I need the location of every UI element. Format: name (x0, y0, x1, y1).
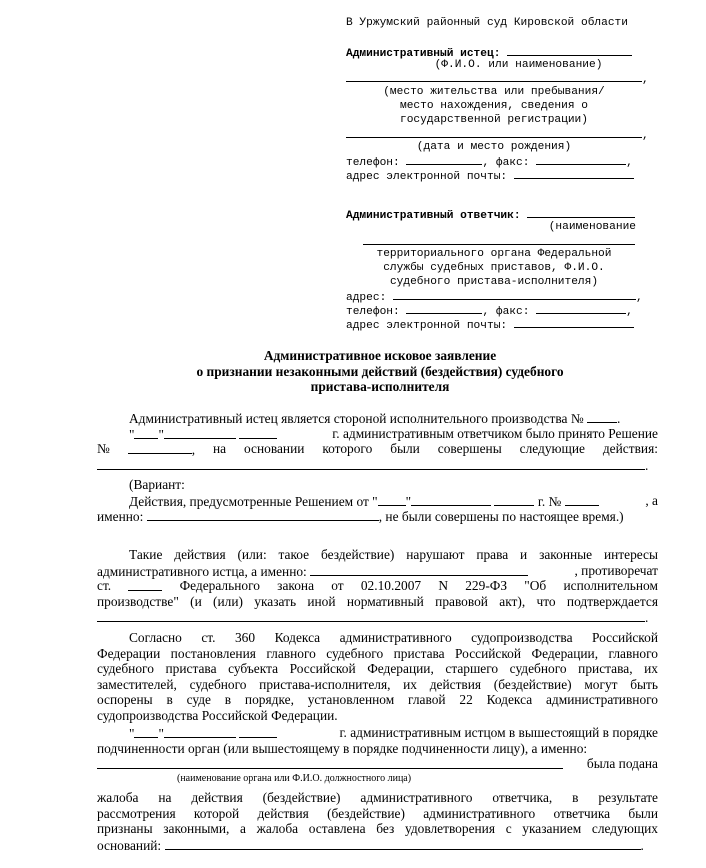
p4-line-2: подчиненности орган (или вышестоящему в … (97, 741, 658, 757)
defendant-name-field[interactable] (527, 206, 635, 218)
p3-line: Согласно ст. 360 Кодекса административно… (97, 630, 658, 646)
email-label: адрес электронной почты: (346, 171, 507, 183)
p1-line-3: № , на основании которого были совершены… (97, 441, 658, 457)
variant-number-field[interactable] (565, 493, 599, 506)
authority-hint: (наименование органа или Ф.И.О. должност… (97, 773, 658, 785)
defendant-email-label: адрес электронной почты: (346, 320, 507, 332)
word: следующие (520, 441, 585, 457)
enforcement-number-field[interactable] (587, 410, 617, 423)
word: 02.10.2007 (361, 578, 421, 594)
paragraph-violation: Такие действия (или: такое бездействие) … (97, 547, 658, 625)
decision-number-group: , (128, 441, 195, 457)
variant-line-2: Действия, предусмотренные Решением от ""… (97, 493, 658, 509)
p4-line-3: была подана (97, 756, 658, 772)
variant-month-field[interactable] (411, 493, 491, 506)
word: действия: (603, 441, 658, 457)
word: N (438, 578, 448, 594)
comma: , (192, 442, 195, 457)
defendant-org-field[interactable] (363, 244, 635, 245)
grounds-field[interactable] (165, 837, 641, 850)
word: Федерального (180, 578, 260, 594)
title-line-2: о признании незаконными действий (бездей… (100, 364, 660, 380)
title-line-1: Административное исковое заявление (100, 348, 660, 364)
p2-line-2-b: , противоречат (574, 563, 658, 579)
p4-date-group: "" (129, 725, 277, 741)
variant-year-field[interactable] (494, 493, 534, 506)
variant-line-3: именно: , не были совершены по настоящее… (97, 508, 658, 524)
word: совершены (438, 441, 502, 457)
p1-line-1: Административный истец является стороной… (97, 410, 658, 426)
p4-line-3-text: была подана (587, 756, 658, 772)
complaint-month-field[interactable] (164, 725, 236, 738)
defendant-phone-field[interactable] (406, 302, 482, 314)
p2-line-2-a: административного истца, а именно: (97, 563, 528, 579)
complaint-year-field[interactable] (239, 725, 277, 738)
variant-tail: , не были совершены по настоящее время.) (379, 509, 624, 524)
p5-line: признаны законными, а жалоба оставлена б… (97, 821, 658, 837)
p1-date-group: "" (129, 426, 277, 442)
defendant-fax-field[interactable] (536, 302, 626, 314)
paragraph-complaint-result: жалоба на действия (бездействие) админис… (97, 790, 658, 852)
plaintiff-email-field[interactable] (514, 167, 634, 179)
authority-field[interactable] (97, 756, 563, 769)
word: на (213, 441, 226, 457)
p1-line-4: . (97, 457, 658, 473)
p3-line: оспорены в суде в порядке, установленном… (97, 692, 658, 708)
residence-hint-1: (место жительства или пребывания/ (346, 85, 642, 99)
decision-month-field[interactable] (164, 426, 236, 439)
defendant-hint-3: службы судебных приставов, Ф.И.О. (346, 261, 642, 275)
article-number-field[interactable] (128, 578, 162, 591)
court-addressee: В Уржумский районный суд Кировской облас… (346, 16, 651, 30)
plaintiff-fax-field[interactable] (536, 153, 626, 165)
p1-text: Административный истец является стороной… (129, 411, 584, 426)
plaintiff-phone-field[interactable] (406, 153, 482, 165)
variant-text-a: Действия, предусмотренные Решением от ""… (129, 493, 599, 509)
p3-line: судебного пристава субъекта Российской Ф… (97, 661, 658, 677)
violated-interests-field[interactable] (310, 563, 528, 576)
p5-line: жалоба на действия (бездействие) админис… (97, 790, 658, 806)
defendant-email-row: адрес электронной почты: (346, 316, 651, 333)
actions-field[interactable] (97, 457, 645, 470)
defendant-address-field[interactable] (393, 288, 636, 300)
variant-label: Действия, предусмотренные Решением от " (129, 494, 378, 509)
defendant-email-field[interactable] (514, 316, 634, 328)
variant-number-label: г. № (538, 494, 561, 509)
decision-year-field[interactable] (239, 426, 277, 439)
residence-hint-2: место нахождения, сведения о (346, 99, 642, 113)
word: были (390, 441, 420, 457)
p2-line-1: Такие действия (или: такое бездействие) … (97, 547, 658, 563)
variant-day-field[interactable] (378, 493, 406, 506)
word: которого (322, 441, 372, 457)
word: "Об (524, 578, 546, 594)
word: исполнительном (563, 578, 657, 594)
p1-line-2: "" г. административным ответчиком было п… (97, 426, 658, 442)
decision-day-field[interactable] (134, 426, 158, 439)
p2-line-3: ст. Федерального закона от 02.10.2007 N … (97, 578, 658, 594)
word: основании (244, 441, 304, 457)
word: 229-ФЗ (465, 578, 507, 594)
variant-actions-field[interactable] (147, 508, 379, 521)
variant-line-1: (Вариант: (97, 477, 658, 493)
complaint-day-field[interactable] (134, 725, 158, 738)
document-title: Административное исковое заявление о при… (100, 348, 660, 395)
p2-text: административного истца, а именно: (97, 564, 307, 579)
defendant-hint-1: (наименование (346, 220, 636, 234)
p5-line-last: оснований: . (97, 837, 658, 853)
p3-line: заместителей, судебного пристава-исполни… (97, 677, 658, 693)
p3-line: судопроизводства Российской Федерации. (97, 708, 658, 724)
p1-line-2-text: г. административным ответчиком было прин… (332, 426, 658, 442)
residence-field[interactable] (346, 70, 642, 82)
p5-line: рассмотрения которой действия (бездейств… (97, 806, 658, 822)
paragraph-variant: (Вариант: Действия, предусмотренные Реше… (97, 477, 658, 524)
decision-number-field[interactable] (128, 441, 192, 454)
p4-line-1: "" г. административным истцом в вышестоя… (97, 725, 658, 741)
residence-hint-3: государственной регистрации) (346, 113, 642, 127)
plaintiff-email-row: адрес электронной почты: (346, 167, 651, 184)
p2-line-5: . (97, 609, 658, 625)
p2-line-4: производстве" (и (или) указать иной норм… (97, 594, 658, 610)
defendant-hint-4: судебного пристава-исполнителя) (346, 275, 642, 289)
evidence-field[interactable] (97, 609, 645, 622)
title-line-3: пристава-исполнителя (100, 379, 660, 395)
plaintiff-name-field[interactable] (507, 44, 632, 56)
p2-line-2: административного истца, а именно: , про… (97, 563, 658, 579)
p4-line-1-text: г. административным истцом в вышестоящий… (340, 725, 658, 741)
article-label: ст. (97, 578, 111, 594)
birth-field[interactable] (346, 126, 642, 138)
p3-line: Федерации постановления главного судебно… (97, 646, 658, 662)
variant-text-d: , а (645, 493, 658, 509)
paragraph-complaint: "" г. административным истцом в вышестоя… (97, 725, 658, 785)
word: от (331, 578, 343, 594)
defendant-hint-2: территориального органа Федеральной (346, 247, 642, 261)
number-sign: № (97, 441, 110, 457)
paragraph-enforcement: Административный истец является стороной… (97, 410, 658, 472)
word: закона (277, 578, 314, 594)
paragraph-law: Согласно ст. 360 Кодекса административно… (97, 630, 658, 724)
birth-hint: (дата и место рождения) (346, 140, 642, 154)
variant-namely: именно: (97, 509, 143, 524)
grounds-label: оснований: (97, 838, 161, 853)
